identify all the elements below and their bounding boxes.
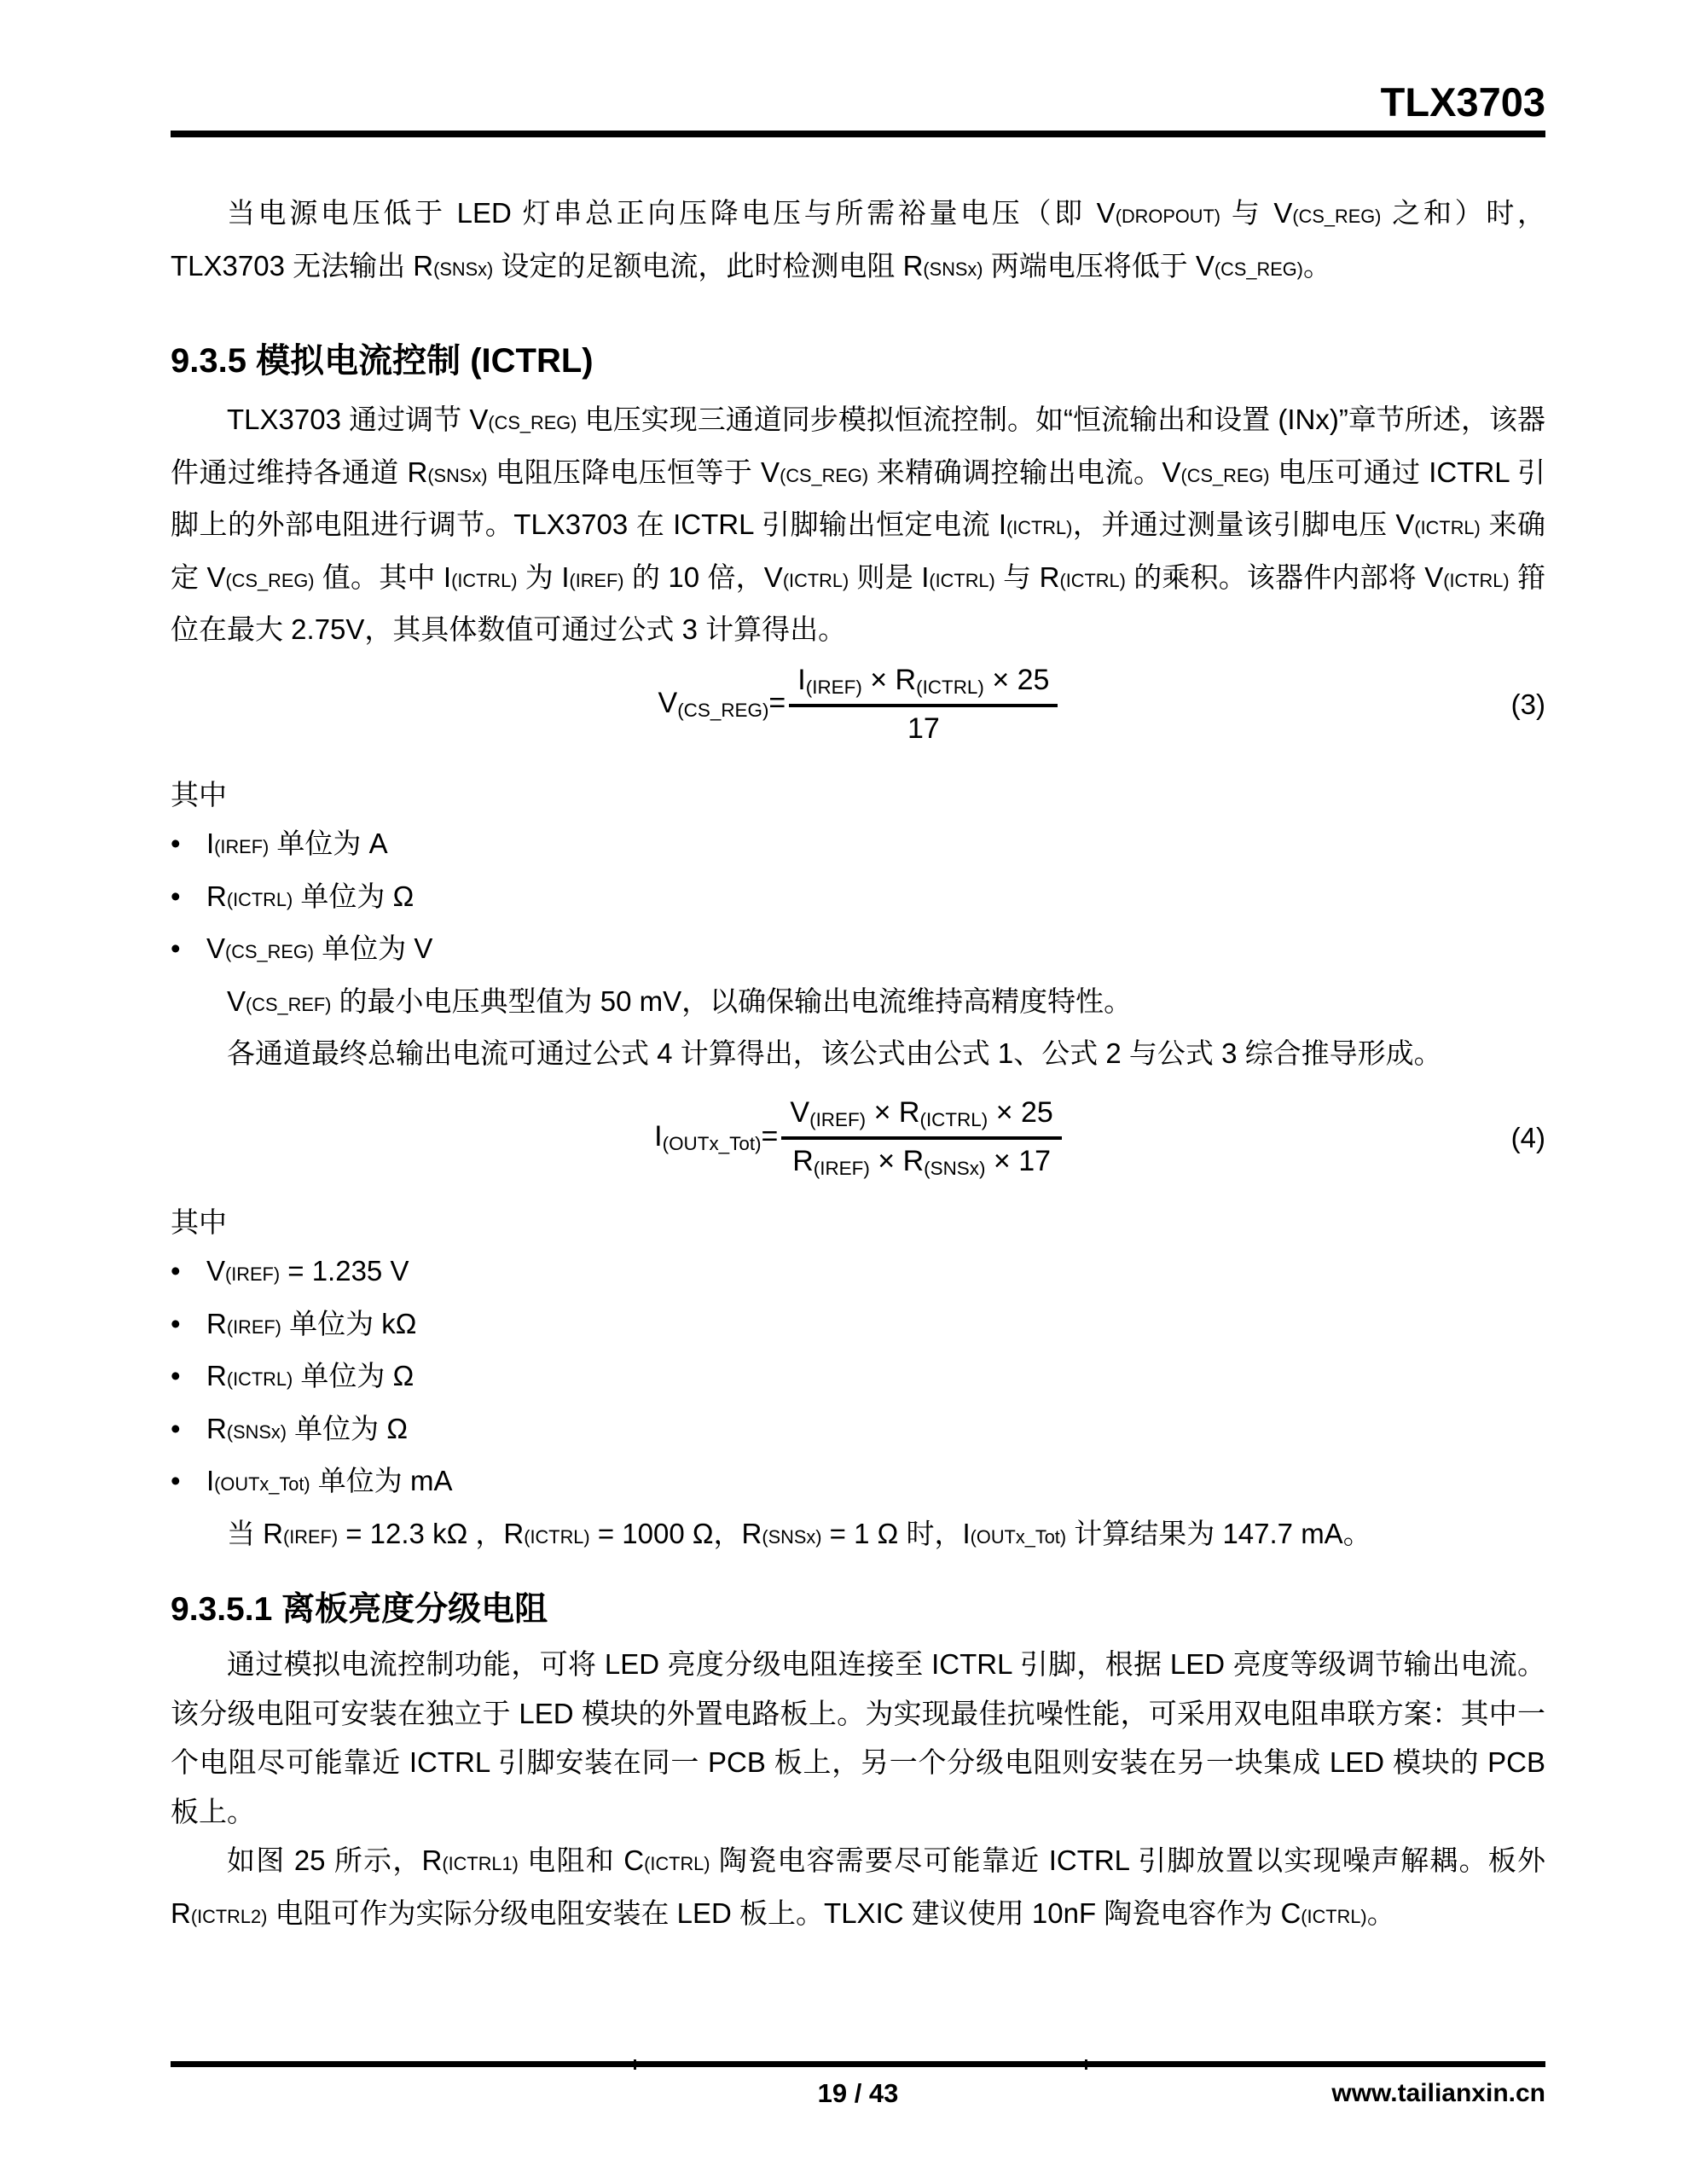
footer-rule-tick [634, 2059, 636, 2070]
equation-3-numerator: I(IREF) × R(ICTRL) × 25 [789, 663, 1058, 707]
bullet-icon: • [171, 924, 206, 977]
bullet-text: V(CS_REG) 单位为 V [206, 924, 1545, 977]
bullet-item: • I(IREF) 单位为 A [171, 819, 1545, 872]
section-9-3-5-1-paragraph-1: 通过模拟电流控制功能，可将 LED 亮度分级电阻连接至 ICTRL 引脚，根据 … [171, 1640, 1545, 1836]
subscript: (IREF) [227, 1316, 281, 1338]
bullet-item: • R(ICTRL) 单位为 Ω [171, 1351, 1545, 1404]
subscript: (ICTRL) [1006, 517, 1072, 538]
subscript: (ICTRL) [929, 570, 994, 591]
subscript: (SNSx) [433, 258, 493, 280]
section-9-3-5-1-paragraph-2: 如图 25 所示，R(ICTRL1) 电阻和 C(ICTRL) 陶瓷电容需要尽可… [171, 1836, 1545, 1941]
subscript: (CS_REG) [677, 700, 768, 721]
bullet-item: • R(SNSx) 单位为 Ω [171, 1404, 1545, 1457]
footer-rule [171, 2061, 1545, 2067]
equation-4-numerator: V(IREF) × R(ICTRL) × 25 [781, 1095, 1061, 1140]
subscript: (ICTRL2) [191, 1906, 268, 1927]
bullet-text: I(IREF) 单位为 A [206, 819, 1545, 872]
subscript: (ICTRL) [783, 570, 849, 591]
equation-4-fraction: V(IREF) × R(ICTRL) × 25 R(IREF) × R(SNSx… [781, 1095, 1061, 1181]
intro-paragraph: 当电源电压低于 LED 灯串总正向压降电压与所需裕量电压（即 V(DROPOUT… [171, 189, 1545, 293]
subscript: (ICTRL) [524, 1526, 589, 1548]
equation-4: I(OUTx_Tot)= V(IREF) × R(ICTRL) × 25 R(I… [171, 1087, 1545, 1189]
subscript: (ICTRL) [1301, 1906, 1366, 1927]
bullet-item: • R(IREF) 单位为 kΩ [171, 1299, 1545, 1352]
bullet-icon: • [171, 872, 206, 925]
doc-title: TLX3703 [1381, 82, 1545, 122]
bullet-icon: • [171, 1299, 206, 1352]
page-content: TLX3703 当电源电压低于 LED 灯串总正向压降电压与所需裕量电压（即 V… [171, 82, 1545, 1941]
bullet-icon: • [171, 1246, 206, 1299]
subscript: (ICTRL) [1059, 570, 1125, 591]
bullet-item: • R(ICTRL) 单位为 Ω [171, 872, 1545, 925]
equation-4-lhs: I(OUTx_Tot)= [654, 1119, 778, 1156]
equation-4-denominator: R(IREF) × R(SNSx) × 17 [781, 1140, 1061, 1181]
subscript: (OUTx_Tot) [663, 1133, 762, 1154]
page-footer: 19 / 43 www.tailianxin.cn [171, 2077, 1545, 2111]
bullet-text: R(ICTRL) 单位为 Ω [206, 1351, 1545, 1404]
bullet-icon: • [171, 819, 206, 872]
equation-3: V(CS_REG)= I(IREF) × R(ICTRL) × 25 17 (3… [171, 661, 1545, 748]
header-rule [171, 131, 1545, 137]
subscript: (CS_REG) [1181, 465, 1270, 486]
subscript: (ICTRL) [644, 1853, 710, 1874]
subscript: (IREF) [806, 677, 862, 698]
subscript: (ICTRL) [227, 889, 293, 910]
where-label-2: 其中 [171, 1198, 1545, 1247]
footer-rule-tick [1085, 2059, 1087, 2070]
note-derivation: 各通道最终总输出电流可通过公式 4 计算得出，该公式由公式 1、公式 2 与公式… [171, 1029, 1545, 1078]
subscript: (SNSx) [427, 465, 487, 486]
bullet-text: R(SNSx) 单位为 Ω [206, 1404, 1545, 1457]
subscript: (ICTRL1) [442, 1853, 519, 1874]
subscript: (DROPOUT) [1116, 206, 1220, 227]
subscript: (CS_REG) [780, 465, 868, 486]
website-text: www.tailianxin.cn [1331, 2077, 1545, 2111]
bullet-icon: • [171, 1404, 206, 1457]
calculation-example: 当 R(IREF) = 12.3 kΩ ，R(ICTRL) = 1000 Ω，R… [171, 1509, 1545, 1562]
bullet-text: R(IREF) 单位为 kΩ [206, 1299, 1545, 1352]
bullet-item: • V(CS_REG) 单位为 V [171, 924, 1545, 977]
where-label-1: 其中 [171, 770, 1545, 820]
section-heading-9-3-5: 9.3.5 模拟电流控制 (ICTRL) [171, 340, 1545, 381]
datasheet-page: TLX3703 当电源电压低于 LED 灯串总正向压降电压与所需裕量电压（即 V… [0, 0, 1687, 2184]
subscript: (IREF) [283, 1526, 338, 1548]
subscript: (SNSx) [762, 1526, 821, 1548]
subscript: (ICTRL) [451, 570, 517, 591]
bullet-icon: • [171, 1456, 206, 1509]
subscript: (IREF) [814, 1157, 870, 1178]
subscript: (OUTx_Tot) [214, 1473, 310, 1495]
equation-3-denominator: 17 [789, 707, 1058, 746]
section-9-3-5-paragraph: TLX3703 通过调节 V(CS_REG) 电压实现三通道同步模拟恒流控制。如… [171, 395, 1545, 654]
subscript: (IREF) [225, 1263, 280, 1285]
bullet-text: V(IREF) = 1.235 V [206, 1246, 1545, 1299]
subscript: (CS_REG) [1215, 258, 1303, 280]
subscript: (ICTRL) [1443, 570, 1509, 591]
equation-3-number: (3) [1511, 688, 1545, 721]
equation-3-lhs: V(CS_REG)= [658, 686, 786, 723]
subscript: (IREF) [569, 570, 623, 591]
subscript: (CS_REG) [226, 570, 315, 591]
equation-3-formula: V(CS_REG)= I(IREF) × R(ICTRL) × 25 17 [658, 663, 1058, 746]
equation-3-fraction: I(IREF) × R(ICTRL) × 25 17 [789, 663, 1058, 746]
equation-4-number: (4) [1511, 1122, 1545, 1154]
subscript: (SNSx) [227, 1421, 287, 1443]
bullet-item: • I(OUTx_Tot) 单位为 mA [171, 1456, 1545, 1509]
bullet-text: R(ICTRL) 单位为 Ω [206, 872, 1545, 925]
bullet-text: I(OUTx_Tot) 单位为 mA [206, 1456, 1545, 1509]
subscript: (CS_REF) [246, 994, 331, 1015]
subscript: (CS_REG) [225, 941, 314, 962]
subscript: (IREF) [809, 1109, 866, 1130]
subscript: (SNSx) [924, 1157, 985, 1178]
section-heading-9-3-5-1: 9.3.5.1 离板亮度分级电阻 [171, 1590, 1545, 1629]
subscript: (OUTx_Tot) [971, 1526, 1066, 1548]
subscript: (ICTRL) [916, 677, 984, 698]
equation-4-formula: I(OUTx_Tot)= V(IREF) × R(ICTRL) × 25 R(I… [654, 1095, 1062, 1181]
bullet-icon: • [171, 1351, 206, 1404]
subscript: (CS_REG) [488, 412, 577, 433]
subscript: (ICTRL) [919, 1109, 988, 1130]
note-min-voltage: V(CS_REF) 的最小电压典型值为 50 mV，以确保输出电流维持高精度特性… [171, 977, 1545, 1030]
subscript: (IREF) [214, 836, 269, 857]
subscript: (CS_REG) [1292, 206, 1381, 227]
subscript: (SNSx) [923, 258, 983, 280]
page-header: TLX3703 [171, 82, 1545, 137]
subscript: (ICTRL) [1414, 517, 1480, 538]
subscript: (ICTRL) [227, 1368, 293, 1390]
bullet-item: • V(IREF) = 1.235 V [171, 1246, 1545, 1299]
